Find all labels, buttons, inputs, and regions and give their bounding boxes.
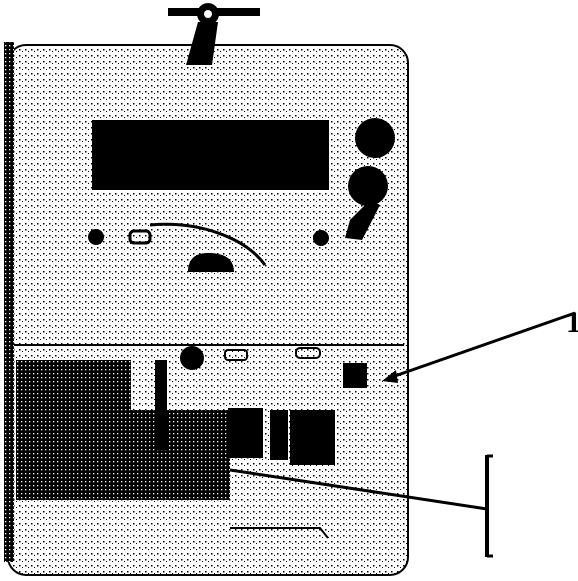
callout-1-leader: [382, 313, 575, 383]
patent-figure: 1: [0, 0, 578, 581]
terminal-cover-module: [343, 363, 367, 388]
lcd-display: [92, 120, 329, 190]
callout-label-1: 1: [566, 308, 578, 338]
meter-drawing: [0, 0, 578, 581]
